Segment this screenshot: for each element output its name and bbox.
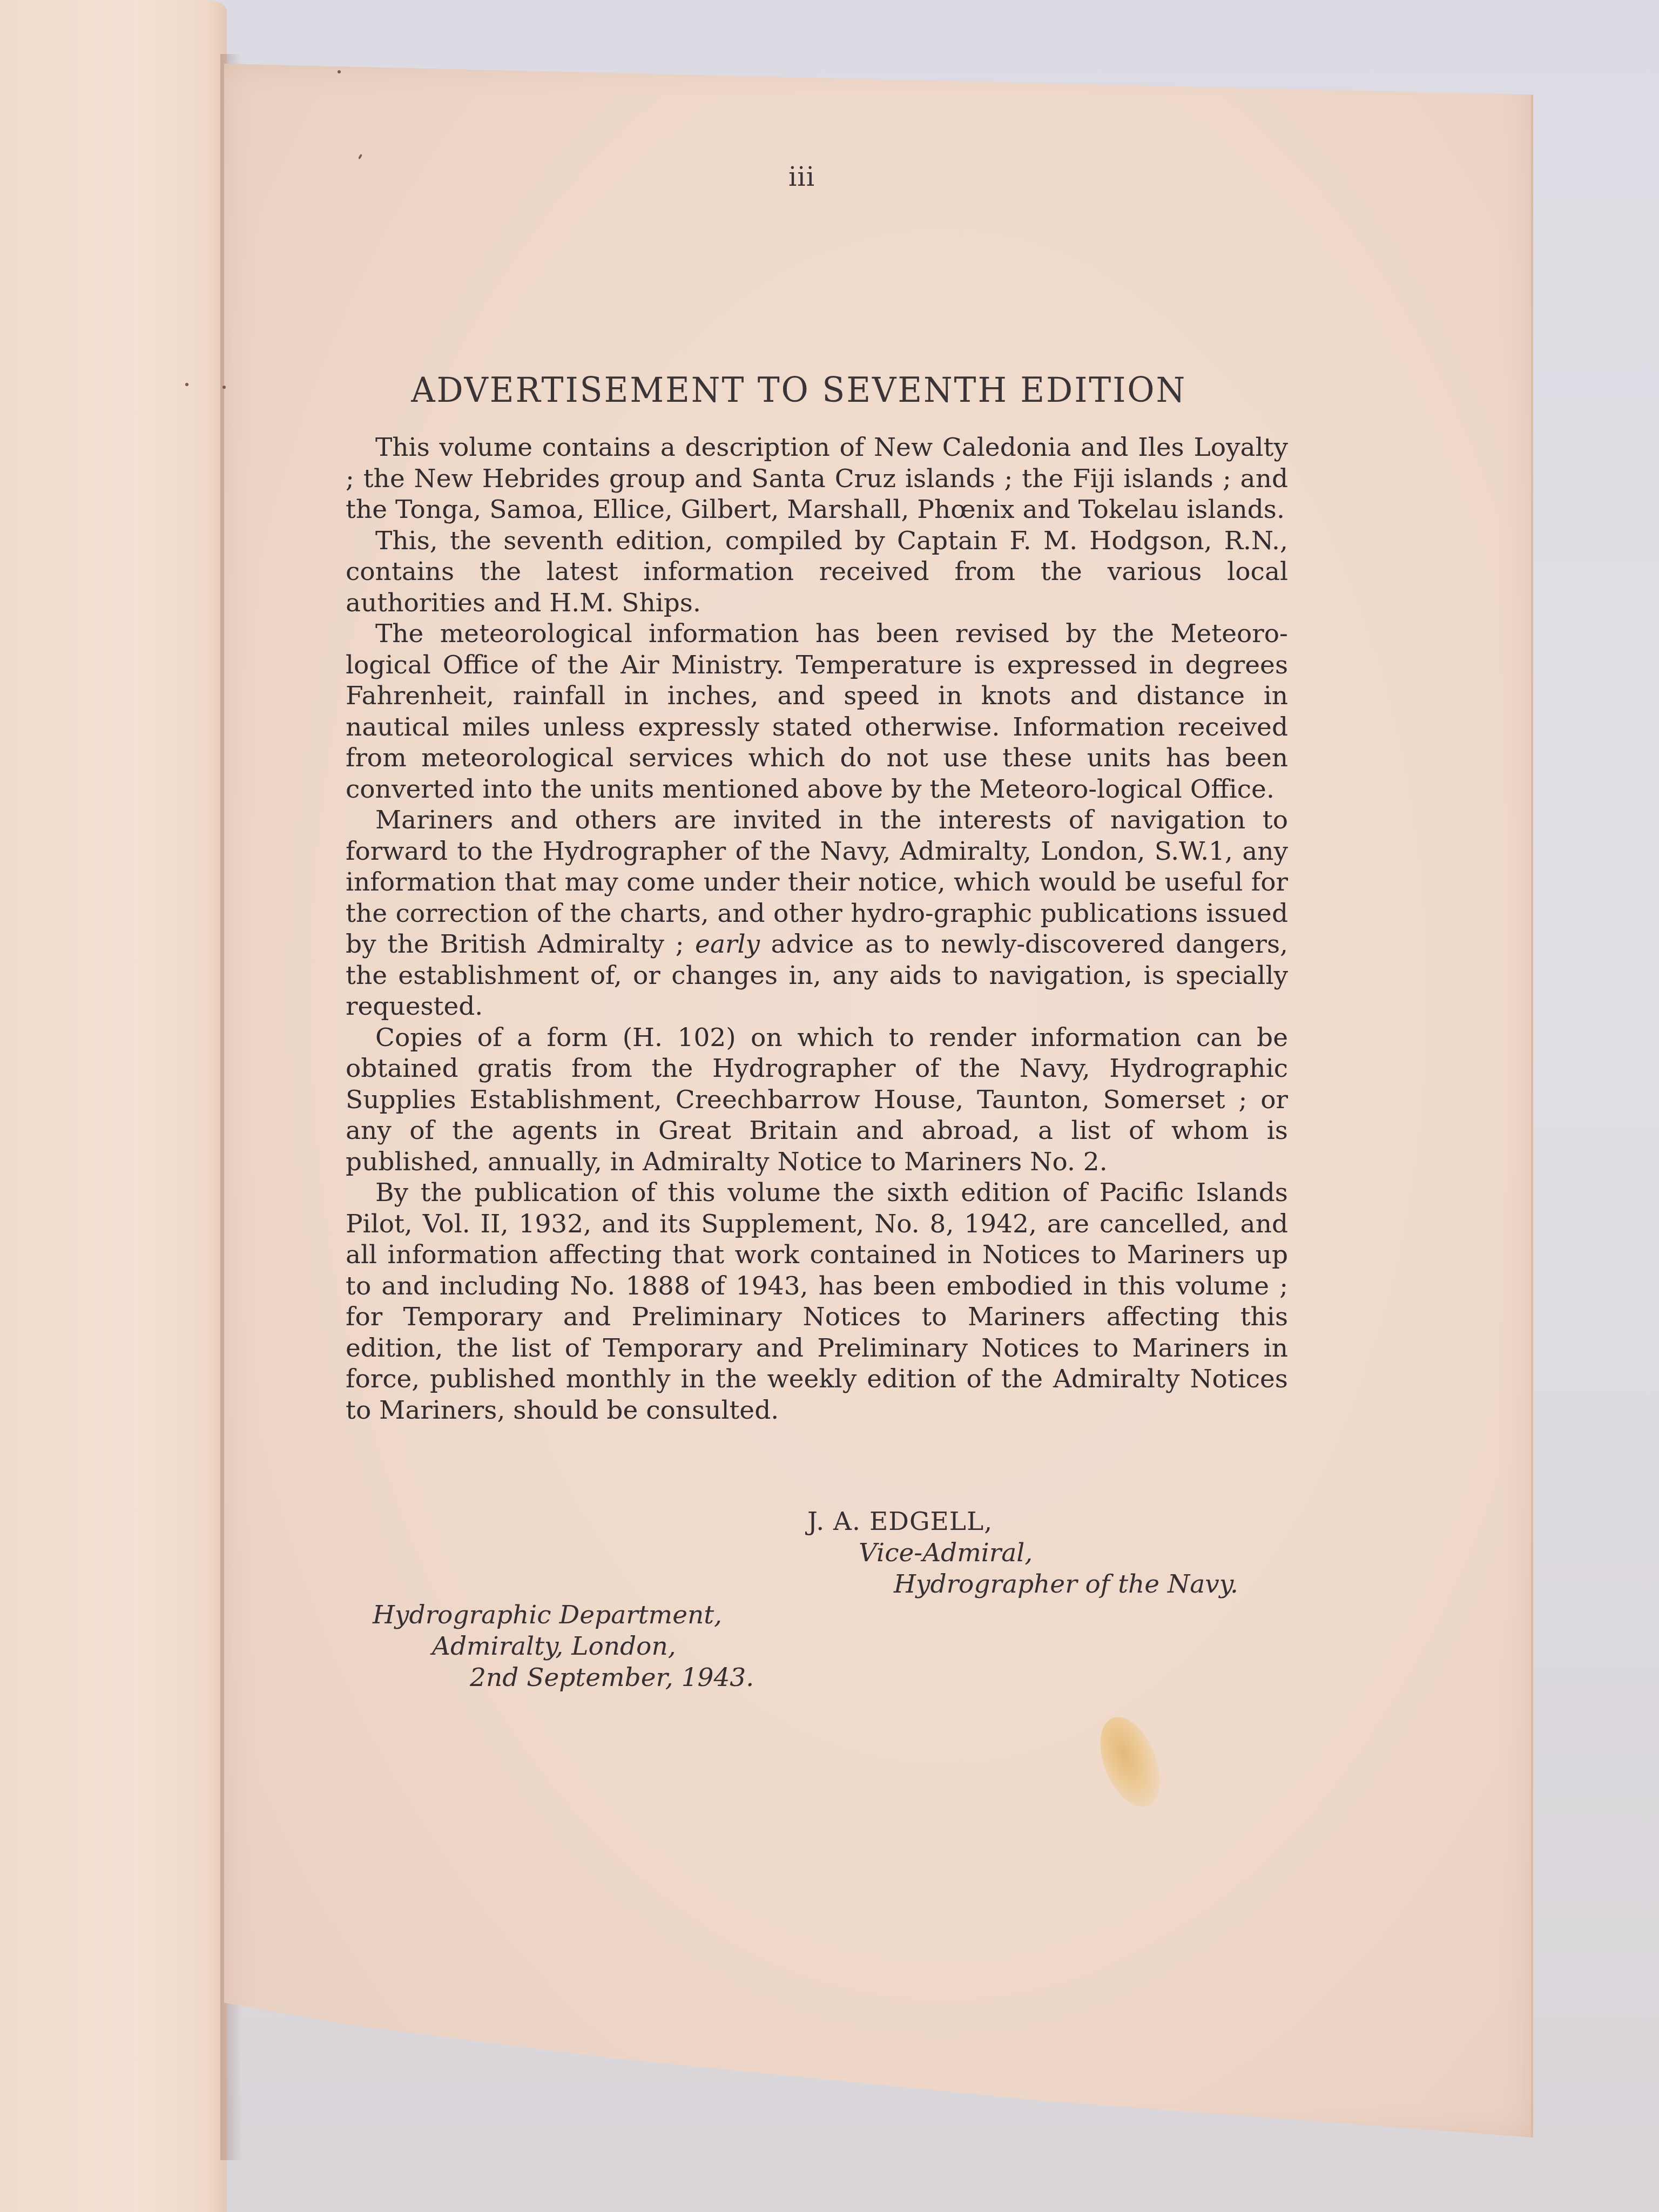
signature-rank: Vice-Admiral, <box>859 1538 1033 1568</box>
paragraph-form-copies: Copies of a form (H. 102) on which to re… <box>346 1022 1288 1178</box>
body-text: This volume contains a description of Ne… <box>346 432 1288 1426</box>
speck <box>338 70 341 73</box>
paragraph-publication: By the publication of this volume the si… <box>346 1177 1288 1426</box>
dateline-location: Admiralty, London, <box>432 1631 676 1661</box>
signature-name: J. A. EDGELL, <box>807 1507 993 1536</box>
signature-title: Hydrographer of the Navy. <box>894 1569 1238 1599</box>
paragraph-islands: This volume contains a description of Ne… <box>346 432 1288 525</box>
speck <box>222 386 226 389</box>
left-page-facing <box>0 0 227 2212</box>
page-heading: ADVERTISEMENT TO SEVENTH EDITION <box>400 370 1198 410</box>
paragraph-seventh-edition: This, the seventh edition, compiled by C… <box>346 525 1288 619</box>
dateline-date: 2nd September, 1943. <box>470 1663 754 1692</box>
speck <box>185 383 188 386</box>
paragraph-meteorological: The meteorological information has been … <box>346 618 1288 805</box>
paragraph-mariners-invited: Mariners and others are invited in the i… <box>346 805 1288 1022</box>
bleed-through-text <box>5 270 211 1836</box>
page-number: iii <box>788 162 815 192</box>
emphasis-early: early <box>695 929 760 959</box>
dateline-department: Hydrographic Department, <box>373 1600 722 1630</box>
